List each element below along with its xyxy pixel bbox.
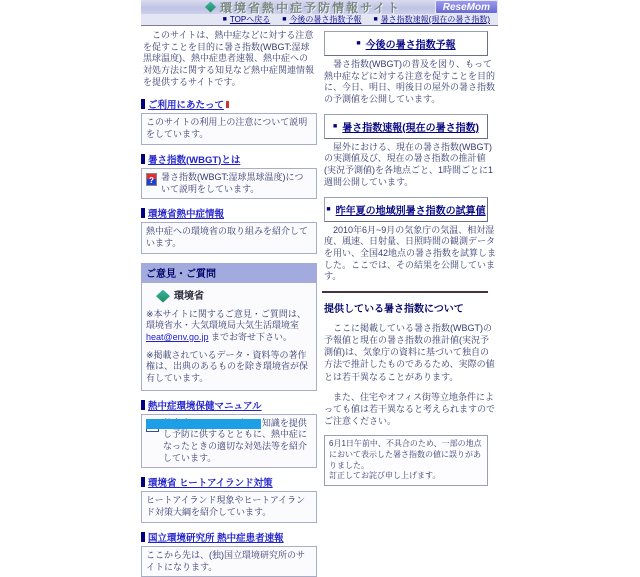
email-link[interactable]: heat@env.go.jp — [146, 332, 209, 342]
feedback-note-2: ※掲載されているデータ・資料等の著作権は、出典のあるものを除き環境省が保有してい… — [146, 350, 312, 385]
last-summer-button-label: 昨年夏の地域別暑さ指数の試算値 — [336, 202, 486, 217]
main-content: ■ 今後の暑さ指数予報 暑さ指数(WBGT)の普及を図り、もって熱中症などに対す… — [322, 29, 498, 426]
left-sidebar: このサイトは、熱中症などに対する注意を促すことを目的に暑さ指数(WBGT:湿球黒… — [141, 29, 317, 426]
page-container: 環境省熱中症予防情報サイト ReseMom ■ TOPへ戻る ■ 今後の暑さ指数… — [141, 0, 498, 426]
usage-link[interactable]: ご利用にあたって — [148, 97, 224, 111]
ministry-logo: 環境省 — [156, 290, 312, 303]
square-bullet-icon: ■ — [333, 123, 337, 130]
square-bullet-icon: ■ — [326, 206, 330, 213]
site-header: 環境省熱中症予防情報サイト ReseMom — [141, 0, 498, 14]
square-bullet-icon: ■ — [373, 16, 377, 23]
feedback-box: 環境省 ※本サイトに関するご意見・ご質問は、環境省水・大気環境局大気生活環境室 … — [141, 282, 317, 391]
thermometer-icon: ? — [146, 173, 157, 186]
ministry-logo-text: 環境省 — [174, 290, 204, 303]
feedback-note-1: ※本サイトに関するご意見・ご質問は、環境省水・大気環境局大気生活環境室 heat… — [146, 309, 312, 344]
square-bullet-icon: ■ — [282, 16, 286, 23]
wbgt-desc-box: ? 暑さ指数(WBGT:湿球黒球温度)について説明をしています。 — [141, 168, 317, 199]
ministry-info-desc: 熱中症への環境省の取り組みを紹介しています。 — [141, 222, 317, 253]
heading-bar-icon — [141, 208, 145, 218]
wbgt-link[interactable]: 暑さ指数(WBGT)とは — [148, 152, 240, 166]
heading-bar-icon — [141, 400, 145, 410]
manual-link[interactable]: 熱中症環境保健マニュアル — [148, 398, 262, 412]
site-intro-text: このサイトは、熱中症などに対する注意を促すことを目的に暑さ指数(WBGT:湿球黒… — [141, 29, 317, 90]
feedback-heading: ご意見・ご質問 — [141, 263, 317, 282]
usage-desc: このサイトの利用上の注意について説明をしています。 — [141, 113, 317, 144]
square-bullet-icon: ■ — [356, 40, 360, 47]
heading-bar-icon — [141, 154, 145, 164]
section-usage: ご利用にあたって — [141, 97, 317, 111]
last-summer-desc: 2010年6月~9月の気象庁の気温、相対湿度、風速、日射量、日照時間の観測データ… — [324, 225, 496, 283]
about-heading: 提供している暑さ指数について — [324, 300, 498, 315]
ministry-diamond-icon — [156, 290, 170, 303]
nav-link-current[interactable]: 暑さ指数速報(現在の暑さ指数) — [381, 14, 490, 25]
forecast-desc: 暑さ指数(WBGT)の普及を図り、もって熱中症などに対する注意を促すことを目的に… — [324, 59, 496, 106]
feedback-note-1-after: までお寄せ下さい。 — [211, 332, 292, 342]
current-index-button[interactable]: ■ 暑さ指数速報(現在の暑さ指数) — [324, 114, 488, 139]
about-paragraph-2: また、住宅やオフィス街等立地条件によっても値は若干異なると考えられますのでご注意… — [324, 391, 496, 426]
square-bullet-icon: ■ — [223, 16, 227, 23]
section-ministry-info: 環境省熱中症情報 — [141, 206, 317, 220]
nav-link-top[interactable]: TOPへ戻る — [230, 14, 270, 25]
forecast-button[interactable]: ■ 今後の暑さ指数予報 — [324, 31, 488, 56]
nav-item-top[interactable]: ■ TOPへ戻る — [223, 14, 271, 25]
nav-item-current[interactable]: ■ 暑さ指数速報(現在の暑さ指数) — [373, 14, 490, 25]
top-nav: ■ TOPへ戻る ■ 今後の暑さ指数予報 ■ 暑さ指数速報(現在の暑さ指数) — [141, 14, 498, 26]
current-index-button-label: 暑さ指数速報(現在の暑さ指数) — [342, 119, 479, 134]
section-divider — [322, 291, 488, 293]
nav-item-forecast[interactable]: ■ 今後の暑さ指数予報 — [282, 14, 361, 25]
last-summer-button[interactable]: ■ 昨年夏の地域別暑さ指数の試算値 — [324, 197, 488, 222]
section-wbgt: 暑さ指数(WBGT)とは — [141, 152, 317, 166]
site-title: 環境省熱中症予防情報サイト — [220, 0, 401, 16]
nav-link-forecast[interactable]: 今後の暑さ指数予報 — [289, 14, 361, 25]
about-paragraph-1: ここに掲載している暑さ指数(WBGT)の予報値と現在の暑さ指数の推計値(実況予測… — [324, 322, 496, 383]
section-manual: 熱中症環境保健マニュアル — [141, 398, 317, 412]
current-index-desc: 屋外における、現在の暑さ指数(WBGT)の実測値及び、現在の暑さ指数の推計値(実… — [324, 142, 496, 189]
update-marker-icon — [226, 101, 229, 108]
wbgt-desc: 暑さ指数(WBGT:湿球黒球温度)について説明をしています。 — [161, 172, 312, 195]
feedback-note-1-before: ※本サイトに関するご意見・ご質問は、環境省水・大気環境局大気生活環境室 — [146, 309, 306, 331]
heading-bar-icon — [141, 99, 145, 109]
ministry-info-link[interactable]: 環境省熱中症情報 — [148, 206, 224, 220]
bottom-blue-banner[interactable] — [146, 419, 261, 426]
forecast-button-label: 今後の暑さ指数予報 — [366, 36, 456, 51]
ministry-diamond-icon — [205, 2, 216, 13]
resemom-watermark: ReseMom — [435, 0, 498, 14]
